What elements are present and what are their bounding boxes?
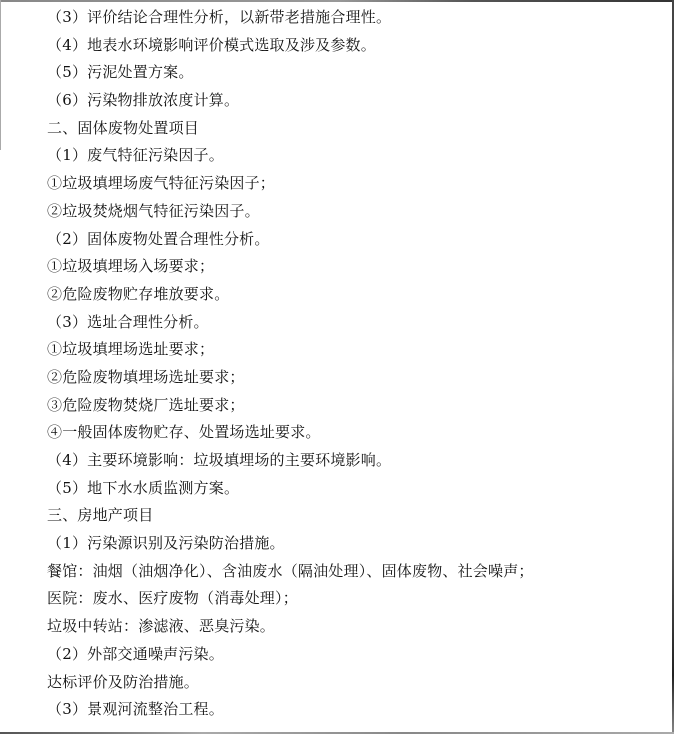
sub-item-hazardous-storage: ②危险废物贮存堆放要求。 [47, 282, 664, 310]
page-border-top [0, 0, 674, 2]
document-page: （3）评价结论合理性分析，以新带老措施合理性。 （4）地表水环境影响评价模式选取… [47, 5, 664, 725]
list-item-river-landscaping: （3）景观河流整治工程。 [47, 697, 664, 725]
list-item-sludge-disposal: （5）污泥处置方案。 [47, 60, 664, 88]
sub-item-landfill-exhaust: ①垃圾填埋场废气特征污染因子； [47, 171, 664, 199]
detail-compliance-measures: 达标评价及防治措施。 [47, 670, 664, 698]
list-item-groundwater-monitoring: （5）地下水水质监测方案。 [47, 476, 664, 504]
detail-hospital: 医院：废水、医疗废物（消毒处理）； [47, 586, 664, 614]
sub-item-incineration-flue-gas: ②垃圾焚烧烟气特征污染因子。 [47, 199, 664, 227]
section-heading-real-estate: 三、房地产项目 [47, 503, 664, 531]
list-item-disposal-rationality: （2）固体废物处置合理性分析。 [47, 227, 664, 255]
sub-item-landfill-entry: ①垃圾填埋场入场要求； [47, 254, 664, 282]
list-item-water-conclusion: （3）评价结论合理性分析，以新带老措施合理性。 [47, 5, 664, 33]
detail-restaurant: 餐馆：油烟（油烟净化）、含油废水（隔油处理）、固体废物、社会噪声； [47, 559, 664, 587]
list-item-traffic-noise: （2）外部交通噪声污染。 [47, 642, 664, 670]
sub-item-landfill-site: ①垃圾填埋场选址要求； [47, 337, 664, 365]
list-item-main-impacts: （4）主要环境影响：垃圾填埋场的主要环境影响。 [47, 448, 664, 476]
list-item-site-selection: （3）选址合理性分析。 [47, 310, 664, 338]
list-item-emission-calc: （6）污染物排放浓度计算。 [47, 88, 664, 116]
page-border-left [0, 0, 1, 150]
list-item-surface-water-model: （4）地表水环境影响评价模式选取及涉及参数。 [47, 33, 664, 61]
sub-item-hazardous-landfill-site: ②危险废物填埋场选址要求； [47, 365, 664, 393]
sub-item-general-waste-site: ④一般固体废物贮存、处置场选址要求。 [47, 420, 664, 448]
list-item-exhaust-factors: （1）废气特征污染因子。 [47, 143, 664, 171]
section-heading-solid-waste: 二、固体废物处置项目 [47, 116, 664, 144]
sub-item-hazardous-incinerator-site: ③危险废物焚烧厂选址要求； [47, 393, 664, 421]
detail-transfer-station: 垃圾中转站：渗滤液、恶臭污染。 [47, 614, 664, 642]
list-item-pollution-sources: （1）污染源识别及污染防治措施。 [47, 531, 664, 559]
